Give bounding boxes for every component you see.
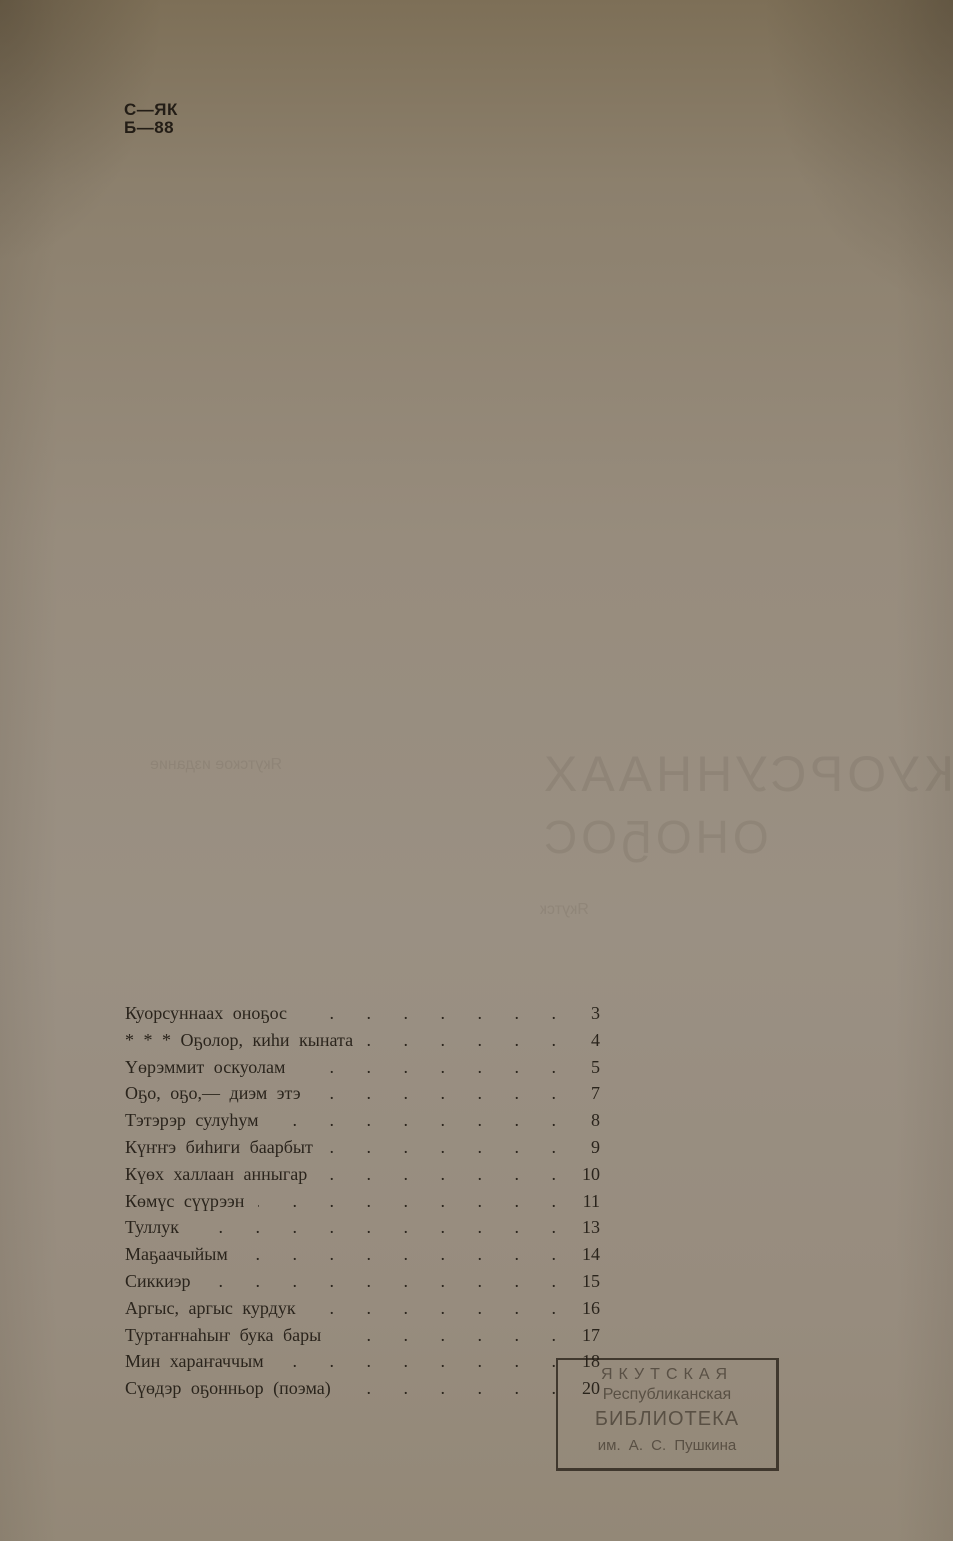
toc-entry-title: Оҕо, оҕо,— диэм этэ [125,1083,301,1104]
toc-leader-dots: . . . . . . . . . . . . . . . . . . . . [242,1244,570,1265]
toc-entry-page: 7 [576,1083,600,1104]
toc-entry-page: 10 [576,1164,600,1185]
toc-entry: Тэтэрэр сулуһум. . . . . . . . . . . . .… [125,1110,600,1137]
stamp-line-4: им. А. С. Пушкина [558,1437,776,1454]
toc-entry-title: * * * Оҕолор, киһи кыната [125,1030,353,1051]
toc-entry: Маҕаачыйым. . . . . . . . . . . . . . . … [125,1244,600,1271]
toc-entry-title: Туллук [125,1217,179,1238]
toc-entry-page: 8 [576,1110,600,1131]
toc-entry: Күҥҥэ биһиги баарбыт. . . . . . . . . . … [125,1137,600,1164]
toc-entry: Туллук. . . . . . . . . . . . . . . . . … [125,1217,600,1244]
toc-entry: Туртаҥнаһыҥ бука бары. . . . . . . . . .… [125,1325,600,1352]
toc-leader-dots: . . . . . . . . . . . . . . . . . . . . [335,1325,570,1346]
toc-leader-dots: . . . . . . . . . . . . . . . . . . . . [315,1083,570,1104]
showthrough-title-2: ОНОҔОС [540,810,769,864]
toc-entry-page: 5 [576,1057,600,1078]
toc-leader-dots: . . . . . . . . . . . . . . . . . . . . [327,1137,570,1158]
toc-entry: * * * Оҕолор, киһи кыната. . . . . . . .… [125,1030,600,1057]
stamp-line-2: Республиканская [558,1386,776,1404]
toc-entry-page: 14 [576,1244,600,1265]
toc-entry-title: Мин хараҥаччым [125,1351,264,1372]
toc-entry-title: Туртаҥнаһыҥ бука бары [125,1325,321,1346]
toc-entry-page: 9 [576,1137,600,1158]
toc-leader-dots: . . . . . . . . . . . . . . . . . . . . [301,1003,570,1024]
toc-leader-dots: . . . . . . . . . . . . . . . . . . . . [299,1057,570,1078]
toc-entry: Куорсуннаах оноҕос. . . . . . . . . . . … [125,1003,600,1030]
toc-entry-page: 11 [576,1191,600,1212]
toc-entry-page: 13 [576,1217,600,1238]
toc-entry-title: Сүөдэр оҕонньор (поэма) [125,1378,331,1399]
table-of-contents: Куорсуннаах оноҕос. . . . . . . . . . . … [125,1003,600,1405]
toc-entry-title: Куорсуннаах оноҕос [125,1003,287,1024]
toc-leader-dots: . . . . . . . . . . . . . . . . . . . . [258,1191,570,1212]
toc-leader-dots: . . . . . . . . . . . . . . . . . . . . [205,1271,571,1292]
toc-entry: Мин хараҥаччым. . . . . . . . . . . . . … [125,1351,600,1378]
toc-entry-page: 3 [576,1003,600,1024]
toc-entry: Көмүс сүүрээн. . . . . . . . . . . . . .… [125,1191,600,1218]
catalog-index-line-2: Б—88 [124,119,178,137]
toc-leader-dots: . . . . . . . . . . . . . . . . . . . . [367,1030,570,1051]
toc-entry-title: Күҥҥэ биһиги баарбыт [125,1137,313,1158]
toc-leader-dots: . . . . . . . . . . . . . . . . . . . . [321,1164,570,1185]
toc-entry: Үөрэммит оскуолам. . . . . . . . . . . .… [125,1057,600,1084]
toc-entry-page: 16 [576,1298,600,1319]
toc-entry-title: Көмүс сүүрээн [125,1191,244,1212]
toc-leader-dots: . . . . . . . . . . . . . . . . . . . . [193,1217,570,1238]
toc-leader-dots: . . . . . . . . . . . . . . . . . . . . [310,1298,570,1319]
catalog-index-line-1: С—ЯК [124,101,178,119]
stamp-line-1: ЯКУТСКАЯ [558,1366,776,1384]
toc-entry-title: Үөрэммит оскуолам [125,1057,285,1078]
toc-entry-title: Аргыс, аргыс курдук [125,1298,296,1319]
toc-entry-title: Күөх халлаан анныгар [125,1164,307,1185]
showthrough-title-1: КУОРСУННААХ [540,745,953,803]
stamp-line-3: БИБЛИОТЕКА [558,1408,776,1431]
catalog-index: С—ЯК Б—88 [124,101,178,137]
book-page: С—ЯК Б—88 КУОРСУННААХ ОНОҔОС Якутское из… [0,0,953,1541]
toc-entry: Аргыс, аргыс курдук. . . . . . . . . . .… [125,1298,600,1325]
toc-entry-page: 17 [576,1325,600,1346]
toc-entry: Сиккиэр. . . . . . . . . . . . . . . . .… [125,1271,600,1298]
toc-entry-title: Тэтэрэр сулуһум [125,1110,259,1131]
toc-entry-title: Маҕаачыйым [125,1244,228,1265]
showthrough-lower-block: Якутск [540,900,589,920]
toc-leader-dots: . . . . . . . . . . . . . . . . . . . . [273,1110,570,1131]
toc-leader-dots: . . . . . . . . . . . . . . . . . . . . [278,1351,570,1372]
toc-entry-page: 15 [576,1271,600,1292]
toc-entry-page: 4 [576,1030,600,1051]
toc-entry: Сүөдэр оҕонньор (поэма). . . . . . . . .… [125,1378,600,1405]
toc-entry: Оҕо, оҕо,— диэм этэ. . . . . . . . . . .… [125,1083,600,1110]
toc-entry: Күөх халлаан анныгар. . . . . . . . . . … [125,1164,600,1191]
showthrough-left-block: Якутское издание [150,755,282,775]
toc-entry-title: Сиккиэр [125,1271,191,1292]
library-stamp: ЯКУТСКАЯ Республиканская БИБЛИОТЕКА им. … [556,1358,779,1471]
toc-leader-dots: . . . . . . . . . . . . . . . . . . . . [345,1378,570,1399]
